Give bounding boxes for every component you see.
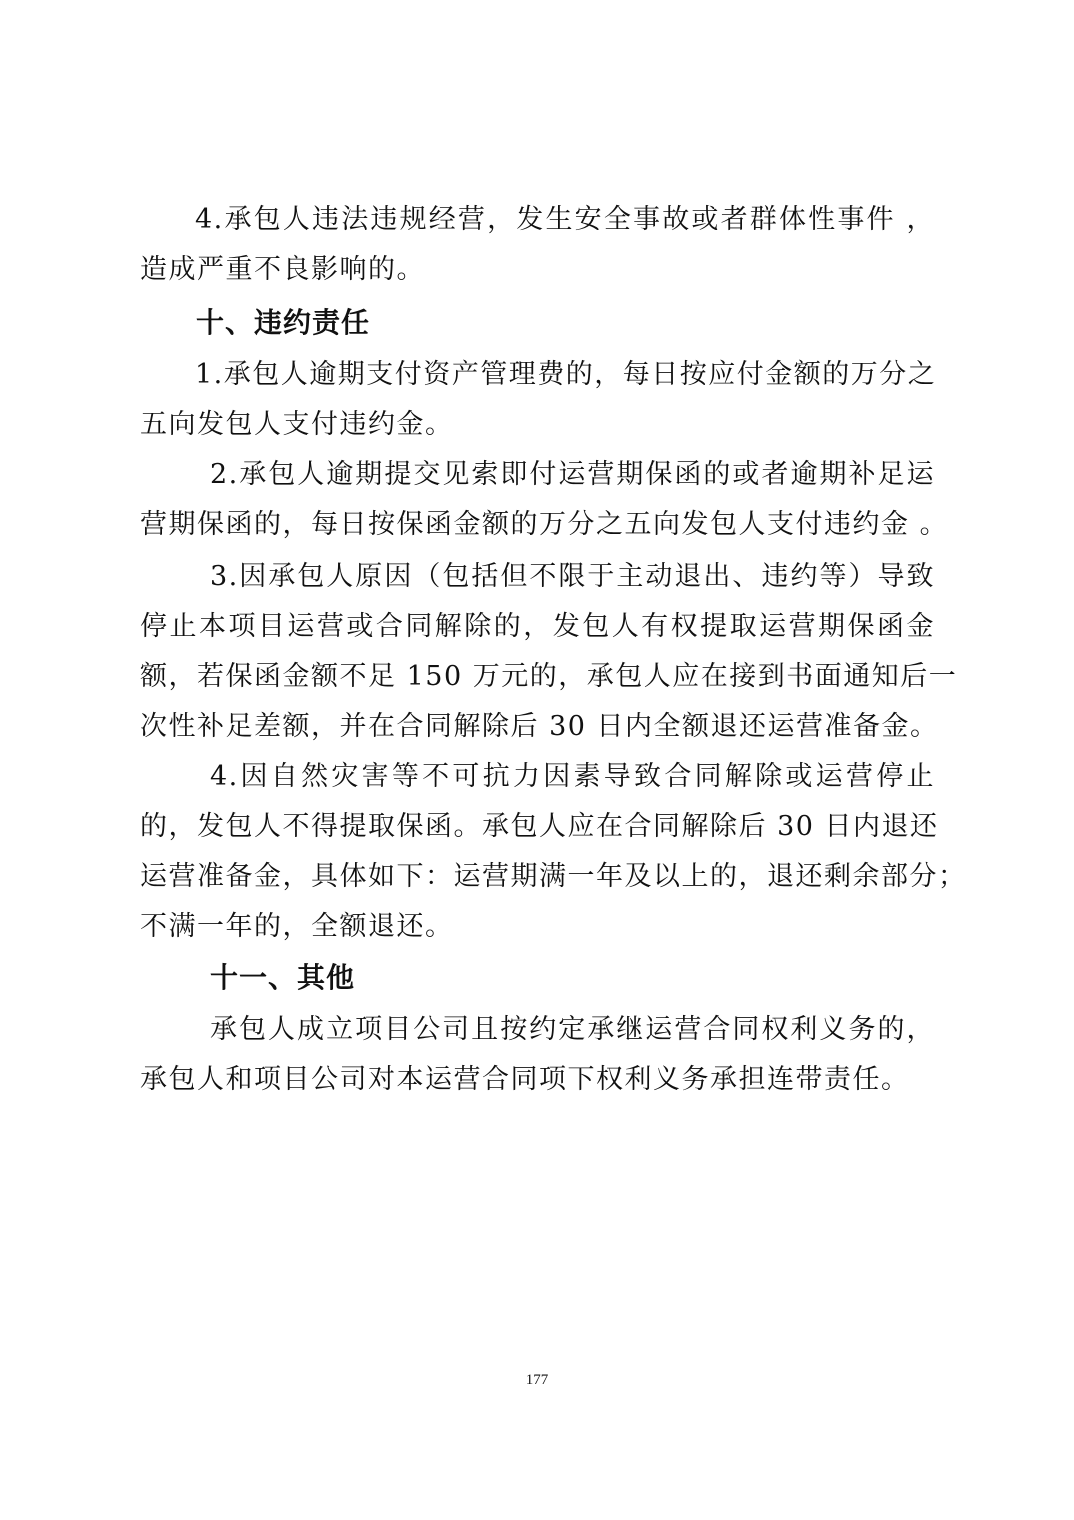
paragraph-line: 造成严重不良影响的。 [140, 250, 425, 290]
paragraph-line: 1.承包人逾期支付资产管理费的，每日按应付金额的万分之 [195, 355, 935, 395]
paragraph-line: 2.承包人逾期提交见索即付运营期保函的或者逾期补足运 [210, 455, 935, 495]
paragraph-line: 运营准备金，具体如下：运营期满一年及以上的，退还剩余部分； [140, 857, 935, 897]
section-heading-breach-liability: 十、违约责任 [196, 303, 370, 343]
paragraph-line: 营期保函的，每日按保函金额的万分之五向发包人支付违约金 。 [140, 505, 935, 545]
paragraph-line: 额，若保函金额不足 150 万元的，承包人应在接到书面通知后一 [140, 657, 935, 697]
paragraph-line: 不满一年的，全额退还。 [140, 907, 454, 947]
paragraph-line: 的，发包人不得提取保函。承包人应在合同解除后 30 日内退还 [140, 807, 935, 847]
paragraph-line: 承包人和项目公司对本运营合同项下权利义务承担连带责任。 [140, 1060, 910, 1100]
page-number: 177 [0, 1372, 1074, 1389]
paragraph-line: 停止本项目运营或合同解除的，发包人有权提取运营期保函金 [140, 607, 935, 647]
paragraph-line: 3.因承包人原因（包括但不限于主动退出、违约等）导致 [210, 557, 935, 597]
paragraph-line: 4.因自然灾害等不可抗力因素导致合同解除或运营停止 [210, 757, 935, 797]
paragraph-line: 五向发包人支付违约金。 [140, 405, 454, 445]
paragraph-line: 承包人成立项目公司且按约定承继运营合同权利义务的， [210, 1010, 935, 1050]
paragraph-line: 4.承包人违法违规经营，发生安全事故或者群体性事件 ， [195, 200, 935, 240]
paragraph-line: 次性补足差额，并在合同解除后 30 日内全额退还运营准备金。 [140, 707, 935, 747]
section-heading-other: 十一、其他 [210, 958, 355, 998]
document-page: 4.承包人违法违规经营，发生安全事故或者群体性事件 ， 造成严重不良影响的。 十… [0, 0, 1074, 1520]
